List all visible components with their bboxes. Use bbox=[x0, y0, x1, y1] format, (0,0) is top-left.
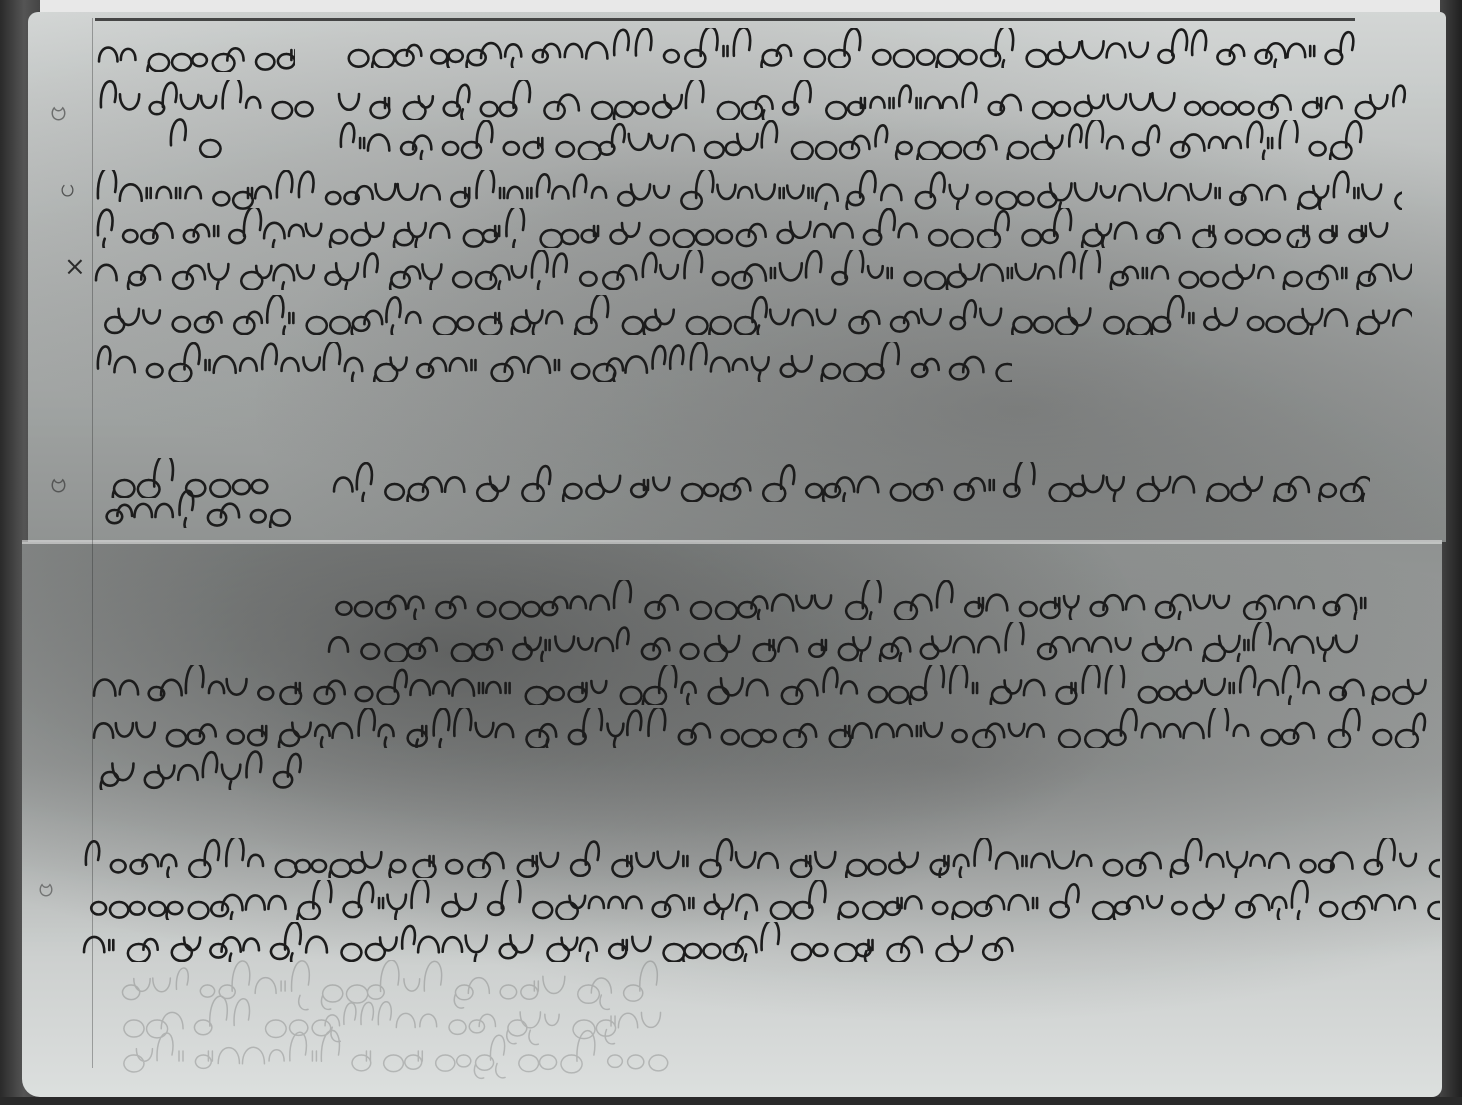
margin-mark: ဗ bbox=[50, 462, 67, 507]
handwritten-script-strokes bbox=[335, 28, 1355, 68]
handwritten-script-strokes bbox=[90, 665, 1430, 705]
handwritten-script-strokes bbox=[92, 342, 1012, 382]
handwritten-script-strokes bbox=[92, 295, 1412, 335]
handwritten-script-strokes bbox=[92, 208, 1402, 248]
handwritten-script-strokes bbox=[92, 250, 1412, 290]
handwritten-script-strokes bbox=[95, 488, 295, 528]
handwritten-script-strokes bbox=[335, 80, 1425, 120]
body-line: တာရေးပြော်ပြော်။ ။ bbox=[90, 750, 310, 790]
body-line: သက္ကရာဇ်တော်ပြီး တရုတ်ဘုရင်ရွှေ ဘော်ပတော… bbox=[330, 462, 1370, 502]
section-heading-line: ကော်ချော်တော်ရုံး bbox=[95, 488, 295, 528]
handwritten-script-strokes bbox=[335, 120, 1380, 160]
handwritten-script-strokes bbox=[325, 622, 1365, 662]
body-line: ကတ်ရတော်ပေါ်ပြော်ပတ် ဘော်ရွှေသော်ကြော်ချ… bbox=[325, 580, 1375, 620]
section-heading-line: ညှပ် bbox=[165, 118, 225, 158]
handwritten-script-strokes bbox=[90, 708, 1430, 748]
margin-mark: ဗ bbox=[38, 868, 54, 910]
handwritten-script-strokes bbox=[95, 80, 315, 120]
body-line: လပါတော်ဘွဲ့တော်မြို့ပြလျှော်လပါတော် မြော… bbox=[92, 208, 1402, 248]
handwritten-script-strokes bbox=[95, 32, 295, 72]
body-line: မော်ကြော်ကြော်ကာ ဘော်ကြော်ပေ ပော်ပြော်သည… bbox=[80, 922, 1020, 962]
body-line: မြောက်ဘက်လော်ရဲ့ချော်ချွတ်ကာက်စားတော်မည်… bbox=[335, 80, 1425, 120]
handwritten-script-strokes bbox=[330, 462, 1370, 502]
section-heading-line: ရာဇဝင်သမဂ္ဂ bbox=[95, 32, 295, 72]
body-line: ကျော်တော်ကာကြော်ကော်တော်ကာ မော်ပြော်လော်… bbox=[90, 665, 1430, 705]
handwritten-script-strokes bbox=[325, 580, 1375, 620]
margin-mark: ဗ bbox=[50, 90, 67, 135]
handwritten-script-strokes bbox=[90, 750, 310, 790]
body-line: ရုပ်လပ်ကြော်မြို့ကြော် သော်ကြောင်းဘွဲ့ ပ… bbox=[92, 250, 1412, 290]
section-heading-line: သိုကြီးကျွန်တော့ bbox=[95, 80, 315, 120]
body-line: ၁၁ ပြီး တရုတ်ဘုရင်ရွှေ ဘော်ပတော်ကြော်ကော… bbox=[80, 838, 1440, 878]
body-line: သက္ကရာဇ်တော်ပြီး တရုတ်ဘုရင်အမတ်ကျော်သည် … bbox=[335, 28, 1355, 68]
body-line: ဘော်ပေါ်ပြော်ချော်ကာလ ကြော်ရုံးကြော်မြော… bbox=[90, 708, 1430, 748]
body-line: ဘော်ပြော်ဘော်ကျော် ကျော်ပတော်ကာလ ယောက်ကေ… bbox=[92, 295, 1412, 335]
body-line: ငါးတော်မကြော်သည် တရုပ်လော်ကျော်ဖြစ်ရတော့… bbox=[92, 170, 1402, 210]
body-line: ကျွန်တော်အရှေ့ကျန်ရုပ်ပရိမ္မသိ ဗြော်ကျော… bbox=[335, 120, 1380, 160]
page-fold bbox=[22, 540, 1442, 544]
body-line: ကြော်ကြော်ကြော်ဘော်ကြော်ပေ ကော်ကြော်ကြော… bbox=[80, 880, 1440, 920]
cross-mark: × bbox=[64, 252, 86, 282]
bleedthrough-script: faint mirrored script visible in lower-l… bbox=[110, 960, 670, 1080]
body-line: သက္ကရာဇ်တော်ပြည့်ရောက်သည် ရော်ချော်မြော်… bbox=[92, 342, 1012, 382]
handwritten-script-strokes bbox=[165, 118, 225, 158]
scan-bottom-edge bbox=[0, 1097, 1462, 1105]
side-mark: ပ bbox=[60, 170, 75, 209]
handwritten-script-strokes bbox=[110, 960, 670, 1080]
handwritten-script-strokes bbox=[80, 922, 1020, 962]
top-border-rule bbox=[95, 18, 1355, 21]
body-line: မြော်ကျော်တော်ပြော်ကြော် ရုပ်တော်ကြော်ကေ… bbox=[325, 622, 1365, 662]
handwritten-script-strokes bbox=[80, 880, 1440, 920]
handwritten-script-strokes bbox=[92, 170, 1402, 210]
handwritten-script-strokes bbox=[80, 838, 1440, 878]
